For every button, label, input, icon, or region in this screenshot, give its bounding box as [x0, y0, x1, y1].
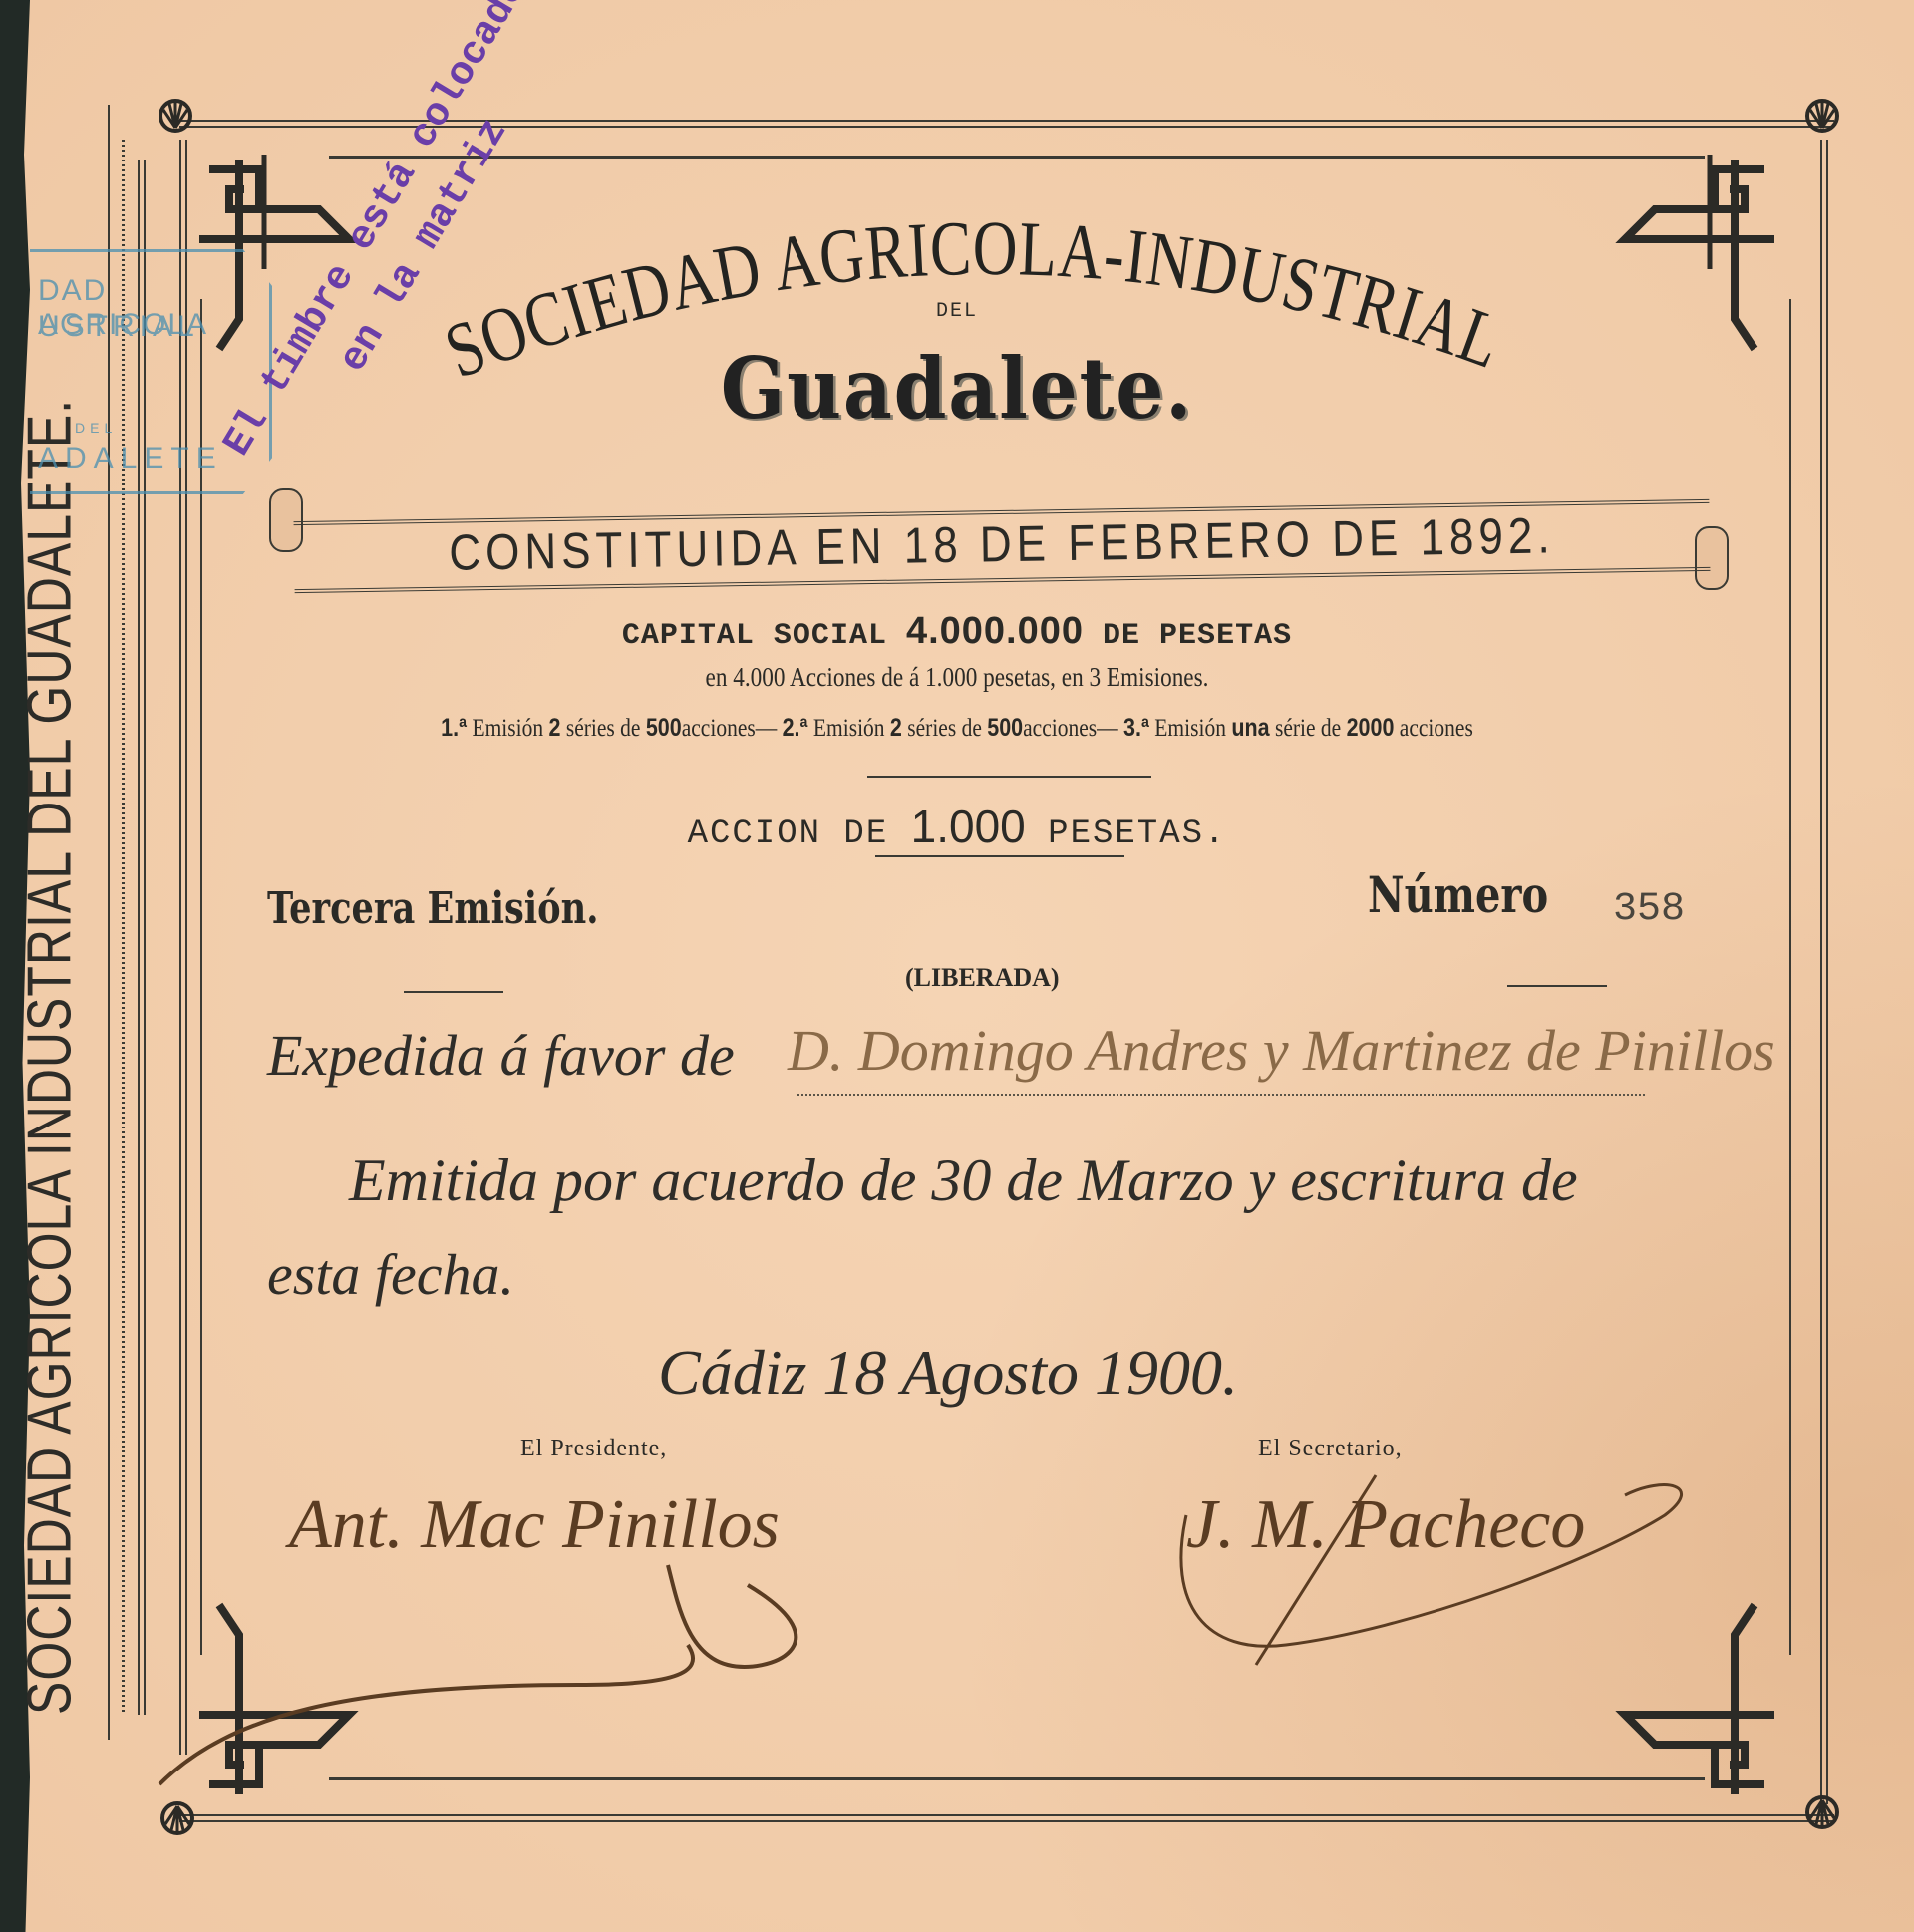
ornament-rule	[1507, 985, 1607, 987]
emission-ordinal: 1.ª	[441, 714, 467, 742]
share-prefix: ACCION DE	[688, 815, 889, 853]
paid-up-status: (LIBERADA)	[905, 963, 1060, 993]
resolution-continuation: esta fecha.	[267, 1241, 514, 1308]
issued-to-label: Expedida á favor de	[267, 1022, 735, 1089]
resolution-text: Emitida por acuerdo de 30 de Marzo y esc…	[349, 1146, 1578, 1215]
capital-detail: en 4.000 Acciones de á 1.000 pesetas, en…	[134, 662, 1779, 693]
palmette-icon	[158, 98, 193, 134]
share-suffix: PESETAS.	[1048, 815, 1226, 853]
certificate-number: 358	[1613, 887, 1685, 932]
frame-bottom-line	[179, 1820, 1834, 1822]
emission-tail: acciones—	[1023, 715, 1118, 742]
share-value-line: ACCION DE 1.000 PESETAS.	[0, 800, 1914, 853]
number-label: Número	[1368, 865, 1548, 924]
emission-count: una	[1231, 714, 1269, 742]
frame-bottom-line	[179, 1814, 1834, 1816]
capital-prefix: CAPITAL SOCIAL	[622, 619, 887, 653]
ornament-rule	[404, 991, 503, 993]
emission-unit: série de	[1275, 715, 1341, 742]
separator-rule	[867, 776, 1151, 778]
emission-label: Emisión	[1154, 715, 1226, 742]
stub-vertical-text: SOCIEDAD AGRICOLA INDUSTRIAL DEL GUADALE…	[18, 399, 81, 1715]
holder-name-line	[797, 1094, 1645, 1096]
emission-shares: 2000	[1347, 714, 1395, 742]
capital-suffix: DE PESETAS	[1103, 619, 1292, 653]
secretary-label: El Secretario,	[1258, 1436, 1403, 1462]
frame-right-line	[1826, 140, 1828, 1804]
palmette-icon	[159, 1800, 195, 1836]
separator-rule	[875, 855, 1124, 857]
president-signature-flourish-icon	[150, 1565, 797, 1794]
capital-line: CAPITAL SOCIAL 4.000.000 DE PESETAS	[0, 610, 1914, 653]
emission-tail: acciones—	[682, 715, 778, 742]
inner-frame-top	[329, 156, 1705, 159]
emission-unit: séries de	[907, 715, 982, 742]
share-value: 1.000	[911, 801, 1026, 852]
emission-unit: séries de	[566, 715, 641, 742]
emission-title: Tercera Emisión.	[267, 883, 599, 934]
frame-right-line	[1820, 140, 1822, 1804]
emission-count: 2	[890, 714, 902, 742]
blue-stamp-line: ADALETE	[38, 442, 223, 476]
emission-label: Emisión	[813, 715, 885, 742]
founding-banner-text: CONSTITUIDA EN 18 DE FEBRERO DE 1892.	[294, 505, 1711, 585]
emission-shares: 500	[646, 714, 682, 742]
secretary-signature-flourish-icon	[1166, 1475, 1764, 1675]
place-and-date: Cádiz 18 Agosto 1900.	[658, 1336, 1238, 1410]
title-connector: DEL	[0, 300, 1914, 323]
emission-shares: 500	[987, 714, 1023, 742]
emissions-line: 1.ª Emisión 2 séries de 500acciones— 2.ª…	[134, 714, 1779, 743]
emission-ordinal: 2.ª	[783, 714, 808, 742]
palmette-icon	[1804, 98, 1840, 134]
emission-tail: acciones	[1400, 715, 1473, 742]
emission-label: Emisión	[472, 715, 543, 742]
president-signature: Ant. Mac Pinillos	[289, 1485, 780, 1565]
emission-ordinal: 3.ª	[1123, 714, 1149, 742]
holder-name: D. Domingo Andres y Martinez de Pinillos	[788, 1017, 1775, 1084]
title-place-name: Guadalete.	[96, 339, 1818, 438]
president-label: El Presidente,	[520, 1436, 667, 1462]
inner-frame-left	[200, 299, 202, 1655]
capital-amount: 4.000.000	[906, 610, 1084, 652]
palmette-icon	[1804, 1794, 1840, 1830]
inner-frame-right	[1789, 299, 1791, 1655]
emission-count: 2	[548, 714, 560, 742]
